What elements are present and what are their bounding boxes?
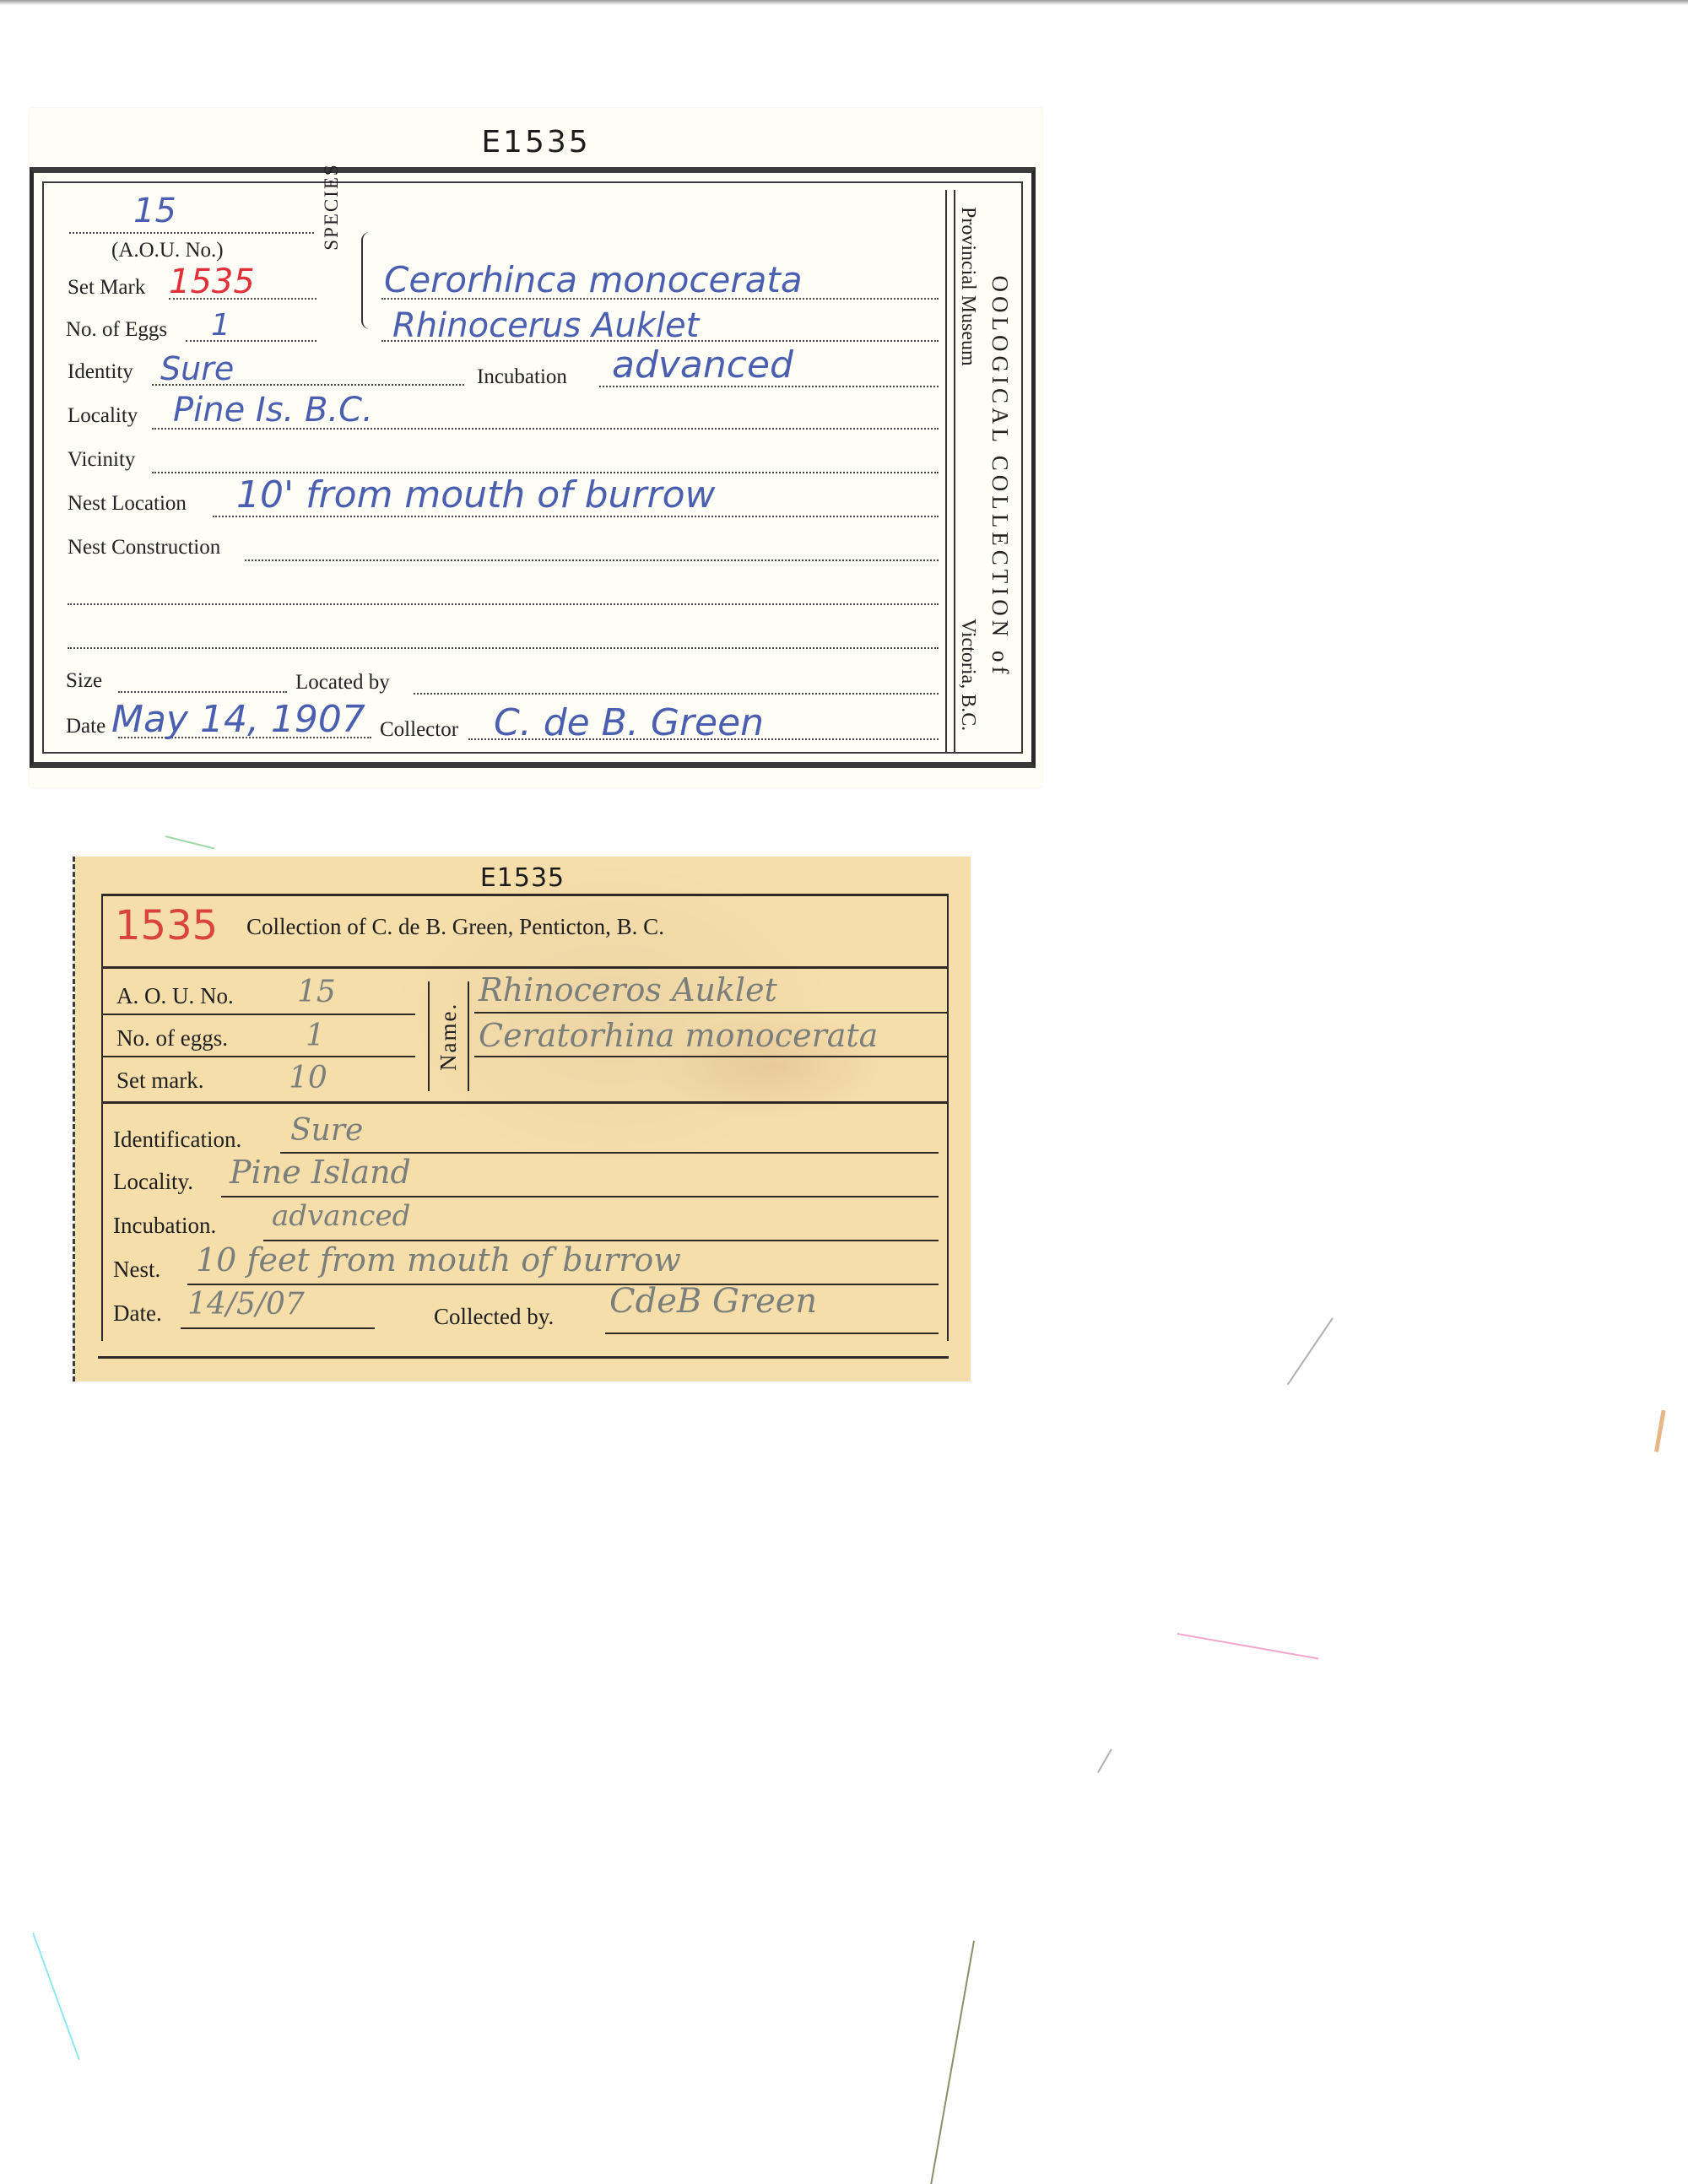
card2-frame: 1535 Collection of C. de B. Green, Penti… <box>101 894 949 1341</box>
incubation-value: advanced <box>612 343 793 387</box>
name-scientific: Ceratorhina monocerata <box>479 1017 878 1054</box>
aou-line <box>69 232 314 234</box>
collector-value: C. de B. Green <box>494 701 764 744</box>
set-mark-label-2: Set mark. <box>116 1068 203 1094</box>
collected-by-label: Collected by. <box>434 1304 554 1330</box>
museum-data-card: E1535 15 (A.O.U. No.) Set Mark 1535 No. … <box>30 108 1042 787</box>
stray-mark-cyan <box>32 1933 80 2060</box>
species-brace <box>361 232 373 329</box>
rule-collected-by <box>605 1333 939 1334</box>
side-title: OOLOGICAL COLLECTION of <box>979 207 1013 747</box>
nest-location-label: Nest Location <box>68 492 187 516</box>
catalog-number: E1535 <box>30 125 1042 159</box>
eggs-label: No. of Eggs <box>66 318 167 342</box>
collector-label: Collector <box>380 718 458 742</box>
side-place: Victoria, B.C. <box>956 619 979 731</box>
rule-eggs <box>103 1056 415 1057</box>
stray-mark-gray-1 <box>1287 1317 1334 1385</box>
nest-construction-label: Nest Construction <box>68 536 220 560</box>
species-common: Rhinocerus Auklet <box>392 306 699 345</box>
date-value: May 14, 1907 <box>111 698 365 741</box>
eggs-value: 1 <box>211 308 230 343</box>
stray-mark-orange <box>1654 1410 1666 1452</box>
eggs-value-2: 1 <box>306 1019 325 1053</box>
stray-mark-gray-2 <box>1097 1749 1112 1773</box>
located-by-label: Located by <box>295 671 390 695</box>
stray-mark-green <box>165 835 215 849</box>
rule-aou <box>103 1014 415 1015</box>
locality-value-2: Pine Island <box>230 1154 411 1191</box>
rule-header <box>103 966 947 969</box>
collected-by-value: CdeB Green <box>609 1282 817 1321</box>
eggs-label-2: No. of eggs. <box>116 1025 228 1051</box>
aou-value-2: 15 <box>297 975 336 1009</box>
side-institution: Provincial Museum <box>956 207 979 366</box>
identification-label: Identification. <box>113 1127 241 1153</box>
rule-name-1 <box>474 1012 947 1014</box>
catalog-number-2: E1535 <box>74 863 971 893</box>
eggs-line <box>186 340 316 342</box>
rule-date <box>181 1327 375 1329</box>
name-label: Name. <box>436 1003 462 1071</box>
incubation-value-2: advanced <box>272 1199 410 1233</box>
nest-location-value: 10' from mouth of burrow <box>236 473 716 516</box>
collector-data-card: E1535 1535 Collection of C. de B. Green,… <box>74 857 971 1381</box>
stray-mark-long <box>929 1941 975 2184</box>
card2-header: Collection of C. de B. Green, Penticton,… <box>246 914 664 940</box>
date-label-2: Date. <box>113 1300 162 1327</box>
rule-top <box>103 894 947 896</box>
extra-line-1 <box>68 603 939 605</box>
scan-edge-shadow <box>0 0 1688 5</box>
rule-locality <box>221 1196 939 1197</box>
rule-bottom <box>98 1356 949 1359</box>
nest-label-2: Nest. <box>113 1257 160 1283</box>
card-frame: 15 (A.O.U. No.) Set Mark 1535 No. of Egg… <box>30 167 1036 768</box>
identity-value: Sure <box>160 350 234 387</box>
set-mark-value: 1535 <box>169 262 255 301</box>
nest-construction-line <box>245 560 939 561</box>
locality-value: Pine Is. B.C. <box>173 391 373 430</box>
name-divider-right <box>468 981 469 1091</box>
perforated-edge <box>73 857 78 1381</box>
identity-label: Identity <box>68 360 133 384</box>
size-label: Size <box>66 669 102 693</box>
set-mark-label: Set Mark <box>68 276 145 300</box>
locality-label: Locality <box>68 404 138 428</box>
located-by-line <box>414 693 939 695</box>
name-common: Rhinoceros Auklet <box>479 971 777 1008</box>
set-number: 1535 <box>115 902 218 949</box>
date-label: Date <box>66 715 105 738</box>
species-scientific: Cerorhinca monocerata <box>384 259 803 300</box>
set-mark-value-2: 10 <box>289 1061 327 1095</box>
name-divider-left <box>428 981 430 1091</box>
identification-value: Sure <box>290 1113 363 1148</box>
aou-value: 15 <box>133 192 176 230</box>
size-line <box>118 691 287 693</box>
incubation-label: Incubation <box>477 365 567 389</box>
extra-line-2 <box>68 647 939 649</box>
aou-label: (A.O.U. No.) <box>111 239 224 262</box>
nest-value-2: 10 feet from mouth of burrow <box>196 1241 681 1279</box>
locality-label-2: Locality. <box>113 1169 193 1195</box>
rule-mid <box>103 1101 947 1104</box>
date-value-2: 14/5/07 <box>187 1287 305 1322</box>
species-label: SPECIES <box>321 114 346 300</box>
incubation-label-2: Incubation. <box>113 1213 216 1239</box>
vicinity-label: Vicinity <box>68 448 135 472</box>
rule-nest <box>187 1284 939 1285</box>
side-double-rule <box>945 190 955 752</box>
rule-name-2 <box>474 1056 947 1057</box>
stray-mark-pink <box>1177 1633 1319 1659</box>
aou-label-2: A. O. U. No. <box>116 983 234 1009</box>
